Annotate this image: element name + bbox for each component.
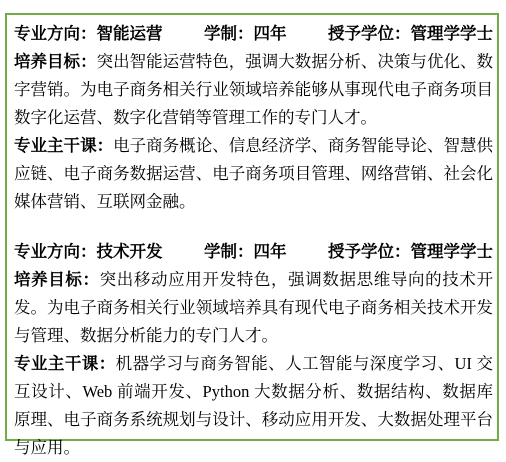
core-courses-paragraph: 专业主干课：电子商务概论、信息经济学、商务智能导论、智慧供应链、电子商务数据运营…: [14, 132, 493, 216]
program-direction-label: 专业方向：智能运营: [14, 20, 163, 48]
training-objective-paragraph: 培养目标：突出移动应用开发特色，强调数据思维导向的技术开发。为电子商务相关行业领…: [14, 266, 493, 350]
training-objective-label: 培养目标：: [14, 270, 100, 289]
program-duration-label: 学制：四年: [204, 20, 287, 48]
program-section-smart-operations: 专业方向：智能运营 学制：四年 授予学位：管理学学士 培养目标：突出智能运营特色…: [14, 20, 493, 216]
section-spacer: [14, 216, 493, 238]
program-duration-label: 学制：四年: [204, 238, 287, 266]
core-courses-paragraph: 专业主干课：机器学习与商务智能、人工智能与深度学习、UI 交互设计、Web 前端…: [14, 350, 493, 450]
core-courses-label: 专业主干课：: [14, 354, 116, 373]
document-border-frame: 专业方向：智能运营 学制：四年 授予学位：管理学学士 培养目标：突出智能运营特色…: [5, 13, 499, 441]
program-section-tech-development: 专业方向：技术开发 学制：四年 授予学位：管理学学士 培养目标：突出移动应用开发…: [14, 238, 493, 450]
training-objective-label: 培养目标：: [14, 52, 97, 71]
core-courses-label: 专业主干课：: [14, 136, 113, 155]
program-direction-label: 专业方向：技术开发: [14, 238, 163, 266]
training-objective-paragraph: 培养目标：突出智能运营特色，强调大数据分析、决策与优化、数字营销。为电子商务相关…: [14, 48, 493, 132]
program-degree-label: 授予学位：管理学学士: [328, 20, 493, 48]
section-header: 专业方向：智能运营 学制：四年 授予学位：管理学学士: [14, 20, 493, 48]
program-degree-label: 授予学位：管理学学士: [328, 238, 493, 266]
section-header: 专业方向：技术开发 学制：四年 授予学位：管理学学士: [14, 238, 493, 266]
